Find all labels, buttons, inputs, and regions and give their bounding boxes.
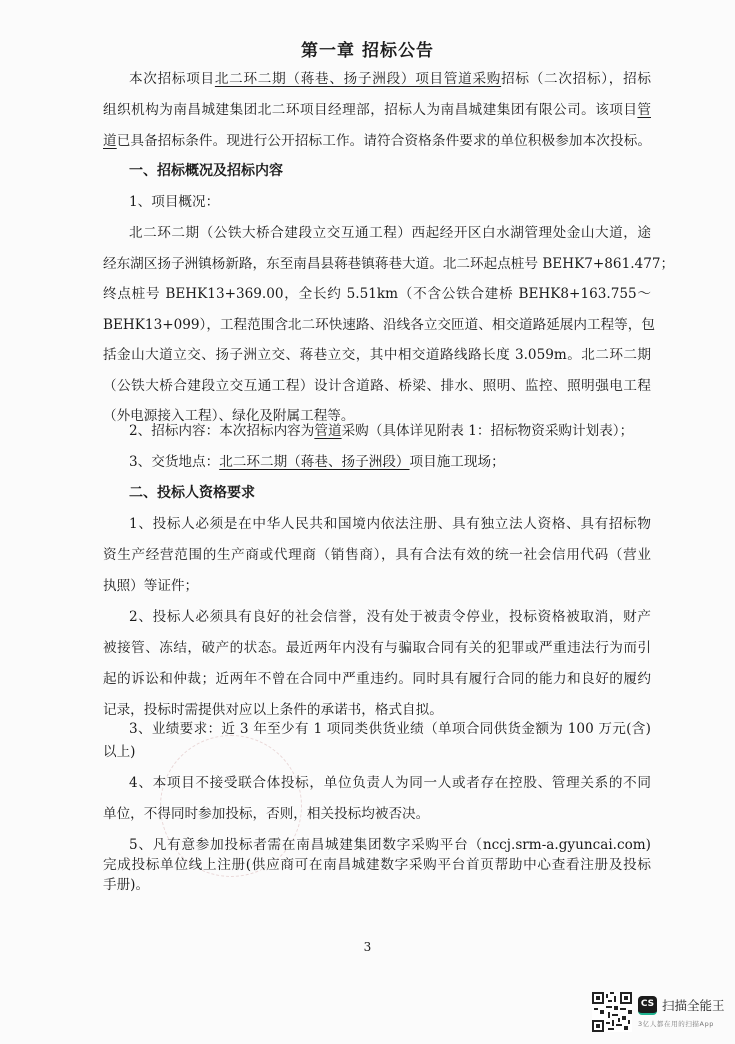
req-3-line: 以上) [103,743,651,761]
overview-line: 北二环二期（公铁大桥合建段立交互通工程）西起经开区白水湖管理处金山大道，途 [129,224,651,242]
req-5-line: 手册)。 [103,876,651,894]
brand-slogan: 3亿人都在用的扫描App [638,1019,714,1028]
page-number: 3 [0,940,735,954]
section-1-heading: 一、招标概况及招标内容 [129,162,677,180]
req-5-line: 5、凡有意参加投标者需在南昌城建集团数字采购平台（nccj.srm-a.gyun… [129,836,651,854]
overview-line: 经东湖区扬子洲镇杨新路，东至南昌县蒋巷镇蒋巷大道。北二环起点桩号 BEHK7+8… [103,255,651,273]
req-1-line: 执照）等证件； [103,577,651,595]
overview-line: 括金山大道立交、扬子洲立交、蒋巷立交，其中相交道路线路长度 3.059m。北二环… [103,346,651,364]
intro-line-3: 道已具备招标条件。现进行公开招标工作。请符合资格条件要求的单位积极参加本次投标。 [103,132,651,150]
intro-line-1: 本次招标项目北二环二期（蒋巷、扬子洲段）项目管道采购招标（二次招标），招标 [129,70,651,88]
req-5-line: 完成投标单位线上注册(供应商可在南昌城建数字采购平台首页帮助中心查看注册及投标 [103,856,651,874]
camscanner-logo-icon: CS [638,996,657,1015]
overview-line: （公铁大桥合建段立交互通工程）设计含道路、桥梁、排水、照明、监控、照明强电工程 [103,377,651,395]
chapter-title: 第一章 招标公告 [0,36,735,61]
req-3-line: 3、业绩要求：近 3 年至少有 1 项同类供货业绩（单项合同供货金额为 100 … [129,720,651,738]
intro-line-2: 组织机构为南昌城建集团北二环项目经理部，招标人为南昌城建集团有限公司。该项目管 [103,101,651,119]
overview-line: BEHK13+099），工程范围含北二环快速路、沿线各立交匝道、相交道路延展内工… [103,316,651,334]
req-4-line: 4、本项目不接受联合体投标，单位负责人为同一人或者存在控股、管理关系的不同 [129,774,651,792]
req-4-line: 单位，不得同时参加投标，否则，相关投标均被否决。 [103,805,651,823]
camscanner-watermark: CS 扫描全能王 3亿人都在用的扫描App [592,992,732,1040]
req-1-line: 资生产经营范围的生产商或代理商（销售商），具有合法有效的统一社会信用代码（营业 [103,546,651,564]
req-1-line: 1、投标人必须是在中华人民共和国境内依法注册、具有独立法人资格、具有招标物 [129,515,651,533]
req-2-line: 被接管、冻结，破产的状态。最近两年内没有与骗取合同有关的犯罪或严重违法行为而引 [103,639,651,657]
section-2-heading: 二、投标人资格要求 [129,484,677,502]
item-3: 3、交货地点：北二环二期（蒋巷、扬子洲段）项目施工现场； [129,453,651,471]
req-2-line: 起的诉讼和仲裁；近两年不曾在合同中严重违约。同时具有履行合同的能力和良好的履约 [103,670,651,688]
item-2: 2、招标内容：本次招标内容为管道采购（具体详见附表 1：招标物资采购计划表）； [129,422,651,440]
qr-code-icon [592,992,632,1032]
req-2-line: 记录，投标时需提供对应以上条件的承诺书，格式自拟。 [103,701,651,719]
req-2-line: 2、投标人必须具有良好的社会信誉，没有处于被责令停业，投标资格被取消，财产 [129,608,651,626]
document-page: 第一章 招标公告 本次招标项目北二环二期（蒋巷、扬子洲段）项目管道采购招标（二次… [0,0,735,1044]
brand-name: 扫描全能王 [662,996,725,1014]
item-1-label: 1、项目概况： [129,193,651,211]
overview-line: 终点桩号 BEHK13+369.00，全长约 5.51km（不含公铁合建桥 BE… [103,285,651,303]
